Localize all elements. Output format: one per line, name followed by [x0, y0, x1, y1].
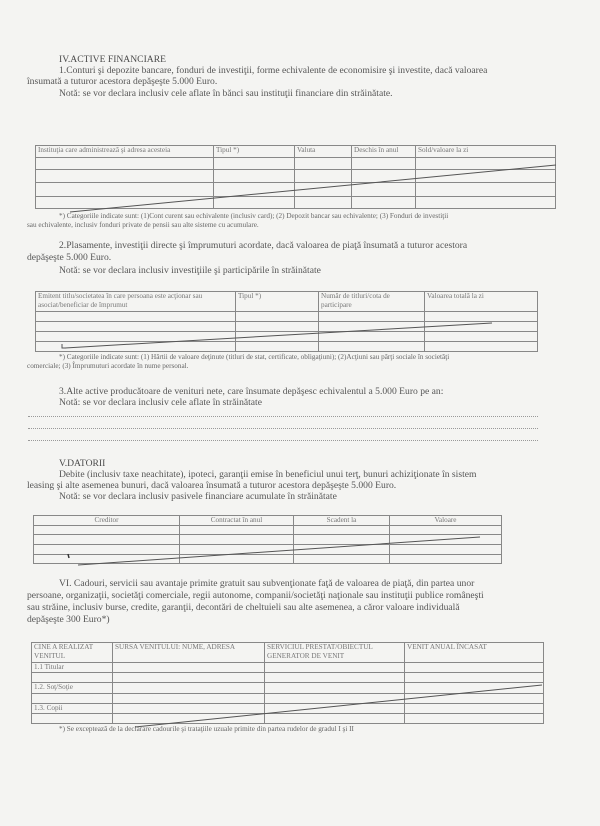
table-row	[36, 332, 538, 342]
table-row: 1.1 Titular	[32, 663, 544, 673]
table-row	[34, 554, 502, 563]
table-row	[36, 322, 538, 332]
table-header-row: CINE A REALIZAT VENITUL SURSA VENITULUI:…	[32, 643, 544, 663]
table-row: 1.3. Copii	[32, 704, 544, 714]
table-header-row: Emitent titlu/societatea în care persoan…	[36, 292, 538, 312]
col-header: Număr de titluri/cota de participare	[319, 292, 425, 312]
gifts-table: CINE A REALIZAT VENITUL SURSA VENITULUI:…	[31, 642, 544, 724]
section-v-note: Notă: se vor declara inclusiv pasivele f…	[59, 491, 337, 502]
section-vi-line4: depăşeşte 300 Euro*)	[27, 614, 110, 625]
row-label: 1.1 Titular	[32, 663, 113, 673]
accounts-table: Instituţia care administrează şi adresa …	[35, 145, 556, 209]
col-header: Valoarea totală la zi	[425, 292, 538, 312]
item2-line2: depăşeşte 5.000 Euro.	[27, 252, 111, 263]
table-row	[36, 197, 556, 209]
section-v-title: V.DATORII	[59, 458, 105, 469]
table-row	[34, 525, 502, 534]
declaration-page: IV.ACTIVE FINANCIARE 1.Conturi şi depozi…	[0, 0, 600, 826]
col-header: Tipul *)	[236, 292, 319, 312]
col-header: VENIT ANUAL ÎNCASAT	[405, 643, 544, 663]
section-vi-line1: VI. Cadouri, servicii sau avantaje primi…	[59, 578, 474, 589]
section-vi-line3: sau străine, inclusiv burse, credite, ga…	[27, 602, 460, 613]
item2-footnote-line1: *) Categoriile indicate sunt: (1) Hârtii…	[59, 353, 449, 362]
dotted-entry-line	[28, 416, 538, 417]
table-row	[36, 342, 538, 352]
table-row	[32, 673, 544, 683]
col-header: Instituţia care administrează şi adresa …	[36, 146, 214, 158]
col-header: Scadent la	[294, 516, 390, 526]
table-row: 1.2. Soţ/Soţie	[32, 683, 544, 694]
col-header: Creditor	[34, 516, 180, 526]
investments-table: Emitent titlu/societatea în care persoan…	[35, 291, 538, 352]
section-v-line1: Debite (inclusiv taxe neachitate), ipote…	[59, 469, 476, 480]
dotted-entry-line	[28, 428, 538, 429]
item3-note: Notă: se vor declara inclusiv cele aflat…	[59, 397, 262, 408]
table-row	[32, 694, 544, 704]
section-vi-line2: persoane, organizaţii, societăţi comerci…	[27, 590, 484, 601]
table-row	[36, 170, 556, 183]
item1-note: Notă: se vor declara inclusiv cele aflat…	[59, 88, 393, 99]
col-header: Valoare	[390, 516, 502, 526]
section-iv-title: IV.ACTIVE FINANCIARE	[59, 54, 166, 65]
col-header: CINE A REALIZAT VENITUL	[32, 643, 113, 663]
col-header: Contractat în anul	[180, 516, 294, 526]
row-label: 1.2. Soţ/Soţie	[32, 683, 113, 694]
table-header-row: Creditor Contractat în anul Scadent la V…	[34, 516, 502, 526]
col-header: SERVICIUL PRESTAT/OBIECTUL GENERATOR DE …	[265, 643, 405, 663]
debts-table: Creditor Contractat în anul Scadent la V…	[33, 515, 502, 564]
item2-note: Notă: se vor declara inclusiv investiţii…	[59, 265, 321, 276]
item1-footnote-line2: sau echivalente, inclusiv fonduri privat…	[27, 221, 259, 230]
section-v-line2: leasing şi alte asemenea bunuri, dacă va…	[27, 480, 396, 491]
col-header: Sold/valoare la zi	[416, 146, 556, 158]
table-row	[36, 158, 556, 170]
item2-footnote-line2: comerciale; (3) Împrumuturi acordate în …	[27, 362, 188, 371]
table-row	[36, 312, 538, 322]
table-row	[34, 534, 502, 544]
col-header: Valuta	[295, 146, 352, 158]
section-vi-footnote: *) Se exceptează de la declarare cadouri…	[59, 725, 354, 734]
table-header-row: Instituţia care administrează şi adresa …	[36, 146, 556, 158]
item1-line1: 1.Conturi şi depozite bancare, fonduri d…	[59, 65, 487, 76]
item3-line1: 3.Alte active producătoare de venituri n…	[59, 386, 443, 397]
col-header: SURSA VENITULUI: NUME, ADRESA	[113, 643, 265, 663]
col-header: Deschis în anul	[352, 146, 416, 158]
dotted-entry-line	[28, 440, 538, 441]
col-header: Emitent titlu/societatea în care persoan…	[36, 292, 236, 312]
col-header: Tipul *)	[214, 146, 295, 158]
table-row	[34, 544, 502, 554]
table-row	[32, 714, 544, 724]
item2-line1: 2.Plasamente, investiţii directe şi împr…	[59, 240, 467, 251]
item1-line2: însumată a tuturor acestora depăşeşte 5.…	[27, 76, 217, 87]
item1-footnote-line1: *) Categoriile indicate sunt: (1)Cont cu…	[59, 212, 448, 221]
row-label: 1.3. Copii	[32, 704, 113, 714]
table-row	[36, 183, 556, 197]
